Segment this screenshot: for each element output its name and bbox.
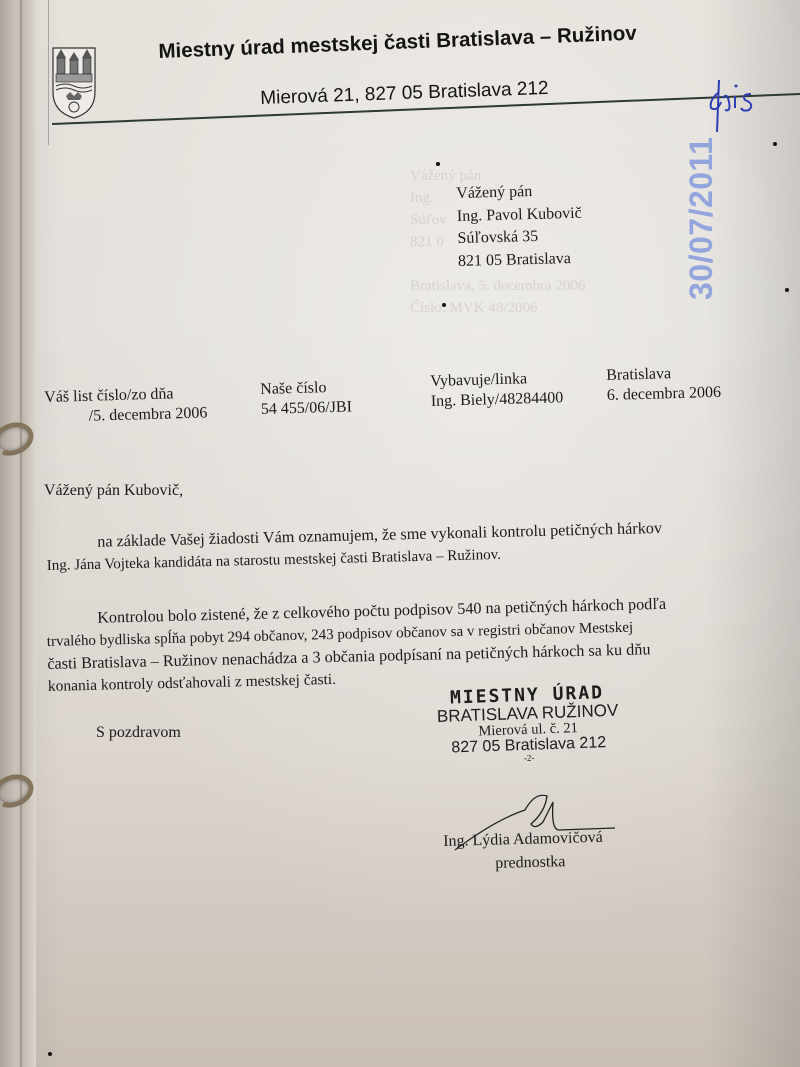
- recipient-street: Súľovská 35: [457, 225, 582, 251]
- binder-edge: [0, 0, 36, 1067]
- greeting: Vážený pán Kubovič,: [44, 482, 183, 500]
- reference-place-date: Bratislava 6. decembra 2006: [606, 363, 721, 406]
- paragraph-1: na základe Vašej žiadosti Vám oznamujem,…: [46, 517, 663, 577]
- bleed-through-line: Číslo: MVK 48/2006: [410, 300, 538, 317]
- recipient-address: Vážený pán Ing. Pavol Kubovič Súľovská 3…: [456, 180, 583, 273]
- margin-rule: [48, 0, 49, 145]
- official-stamp: MIESTNY ÚRAD BRATISLAVA RUŽINOV Mierová …: [436, 682, 620, 766]
- punch-dot: [436, 162, 440, 166]
- bleed-through-line: Bratislava, 5. decembra 2006: [410, 278, 585, 295]
- handled-by-value: Ing. Biely/48284400: [431, 388, 564, 412]
- recipient-salutation: Vážený pán: [456, 180, 581, 206]
- institution-name: Miestny úrad mestskej časti Bratislava –…: [158, 22, 637, 64]
- letter-date: 6. decembra 2006: [607, 383, 722, 406]
- reference-your-letter: Váš list číslo/zo dňa /5. decembra 2006: [44, 383, 208, 428]
- bleed-through-line: Súľov: [410, 212, 447, 229]
- coat-of-arms-icon: [50, 44, 98, 120]
- our-number-value: 54 455/06/JBI: [261, 397, 353, 420]
- handwritten-note-spis: [705, 72, 765, 142]
- punch-dot: [773, 142, 777, 146]
- our-number-label: Naše číslo: [260, 377, 352, 400]
- punch-dot: [785, 288, 789, 292]
- recipient-city: 821 05 Bratislava: [458, 247, 583, 273]
- binder-fold: [20, 0, 22, 1067]
- recipient-name: Ing. Pavol Kubovič: [457, 202, 582, 228]
- punch-dot: [48, 1052, 52, 1056]
- bleed-through-line: Ing.: [410, 190, 434, 207]
- signatory-title: prednostka: [495, 853, 566, 873]
- reference-handled-by: Vybavuje/linka Ing. Biely/48284400: [430, 368, 564, 412]
- bleed-through-line: 821 0: [410, 234, 444, 251]
- closing: S pozdravom: [96, 724, 181, 742]
- punch-dot: [442, 303, 446, 307]
- reference-our-number: Naše číslo 54 455/06/JBI: [260, 377, 352, 420]
- received-date-stamp: 30/07/2011: [683, 137, 720, 300]
